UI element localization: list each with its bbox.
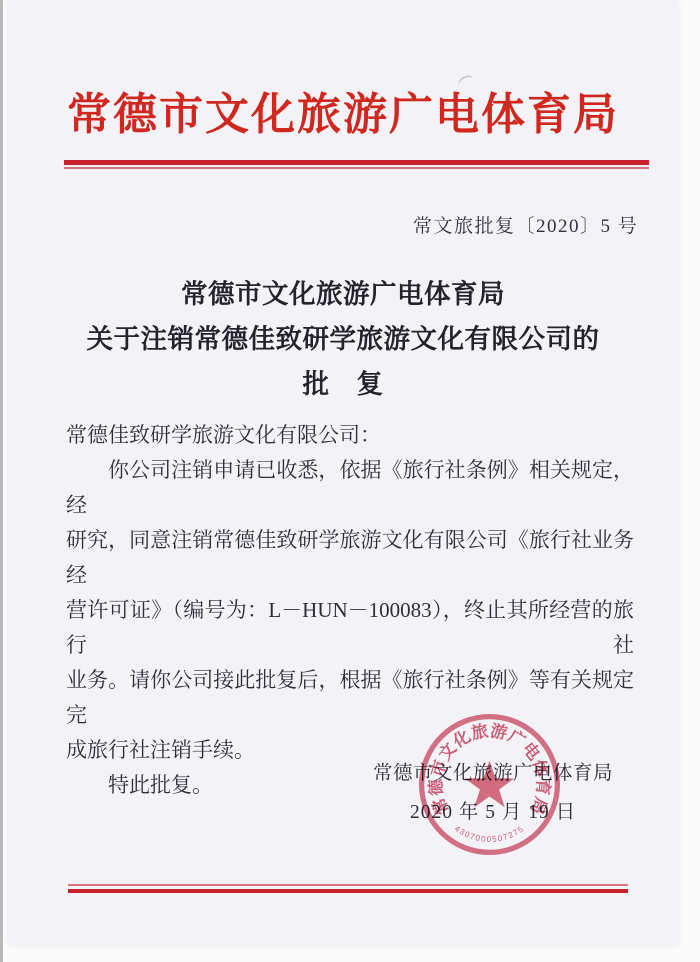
scan-background: 常德市文化旅游广电体育局 常文旅批复〔2020〕5 号 常德市文化旅游广电体育局… (0, 0, 700, 962)
footer-rule-thin (68, 884, 628, 886)
svg-text:4307000507275: 4307000507275 (453, 824, 526, 844)
title-line-2: 关于注销常德佳致研学旅游文化有限公司的 (8, 317, 678, 362)
masthead-rule-thick (64, 160, 649, 165)
document-title: 常德市文化旅游广电体育局 关于注销常德佳致研学旅游文化有限公司的 批 复 (8, 272, 678, 407)
footer-rule-thick (68, 889, 628, 893)
title-line-1: 常德市文化旅游广电体育局 (8, 272, 678, 317)
doc-number: 常文旅批复〔2020〕5 号 (413, 211, 638, 238)
masthead-agency-title: 常德市文化旅游广电体育局 (8, 90, 678, 141)
pen-mark (456, 74, 475, 91)
masthead-rule-thin (64, 167, 649, 169)
salutation: 常德佳致研学旅游文化有限公司： (66, 418, 634, 453)
seal-star-icon (465, 761, 514, 808)
footer-rule (68, 884, 628, 893)
official-seal: 常德市文化旅游广电体育局 4307000507275 (413, 708, 566, 861)
body-line-3: 营许可证》（编号为：L－HUN－100083），终止其所经营的旅行社 (66, 593, 634, 663)
seal-code: 4307000507275 (453, 824, 526, 844)
body-line-1: 你公司注销申请已收悉，依据《旅行社条例》相关规定，经 (66, 453, 634, 523)
scanner-edge-shadow (0, 0, 3, 962)
document-paper: 常德市文化旅游广电体育局 常文旅批复〔2020〕5 号 常德市文化旅游广电体育局… (8, 0, 678, 945)
title-line-3: 批 复 (8, 362, 678, 407)
body-line-2: 研究，同意注销常德佳致研学旅游文化有限公司《旅行社业务经 (66, 523, 634, 593)
masthead-separator-rule (64, 160, 649, 169)
